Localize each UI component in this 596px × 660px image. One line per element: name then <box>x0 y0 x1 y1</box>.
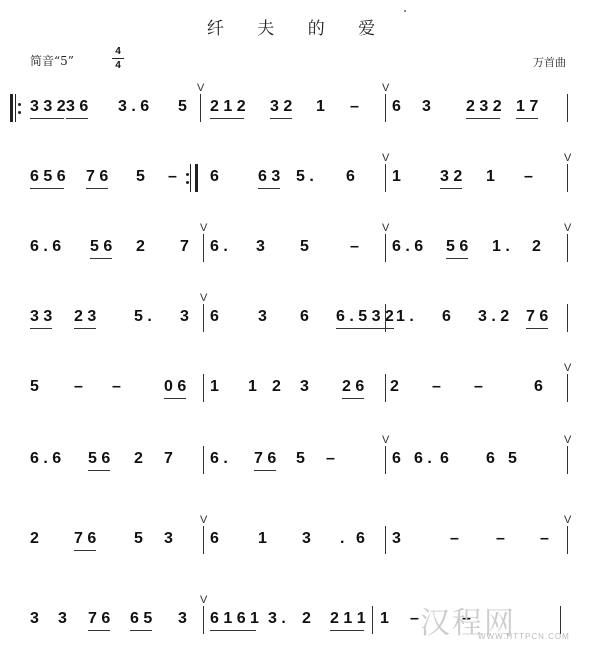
breath-mark-icon: V <box>564 362 571 374</box>
note-group: 3 <box>256 238 265 256</box>
note-group: 2 1 2 <box>210 98 246 116</box>
note-group: 5 <box>178 98 187 116</box>
note-group: 2 1 1 <box>330 610 366 628</box>
note-group: 6 <box>210 308 219 326</box>
dash-extension: – <box>350 98 359 116</box>
note-group: 6 <box>440 450 449 468</box>
note-group: 6 <box>210 530 219 548</box>
note-group: 5 6 <box>446 238 468 256</box>
note-group: 6 <box>392 98 401 116</box>
barline <box>385 94 386 122</box>
barline <box>203 526 204 554</box>
breath-mark-icon: V <box>564 434 571 446</box>
score-row: 6 5 67 65–66 35 .613 21–VV <box>0 158 596 198</box>
note-group: 3 2 <box>270 98 292 116</box>
key-signature: 简音“5” <box>30 52 74 69</box>
beam-underline <box>526 328 548 329</box>
note-group: 6 <box>534 378 543 396</box>
score-title: 纤 夫 的 爱 <box>0 14 596 39</box>
dash-extension: – <box>168 168 177 186</box>
score-row: 6 . 65 6276 .35–6 . 65 61 .2VVV <box>0 228 596 268</box>
note-group: . <box>340 530 344 548</box>
beam-underline <box>88 470 110 471</box>
breath-mark-icon: V <box>200 594 207 606</box>
dash-extension: – <box>524 168 533 186</box>
barline <box>385 234 386 262</box>
note-group: 1 7 <box>516 98 538 116</box>
score-row: 5––0 611232 62––6V <box>0 368 596 408</box>
beam-underline <box>90 258 112 259</box>
note-group: 5 6 <box>90 238 112 256</box>
note-group: 2 <box>532 238 541 256</box>
breath-mark-icon: V <box>564 152 571 164</box>
barline <box>203 374 204 402</box>
note-group: 2 6 <box>342 378 364 396</box>
note-group: 1 . <box>396 308 414 326</box>
barline <box>385 304 386 332</box>
breath-mark-icon: V <box>564 222 571 234</box>
beam-underline <box>516 118 538 119</box>
note-group: 7 6 <box>526 308 548 326</box>
note-group: 1 <box>380 610 389 628</box>
note-group: 3 <box>58 610 67 628</box>
beam-underline <box>446 258 468 259</box>
note-group: 5 6 <box>88 450 110 468</box>
note-group: 5 . <box>134 308 152 326</box>
note-group: 3 3 2 <box>30 98 66 116</box>
beam-underline <box>254 470 276 471</box>
note-group: 6 3 <box>258 168 280 186</box>
score-row: 3 32 35 .36366 . 5 3 21 .63 . 27 6V <box>0 298 596 338</box>
beam-underline <box>330 630 364 631</box>
barline <box>567 526 568 554</box>
barline <box>203 234 204 262</box>
note-group: 2 3 <box>74 308 96 326</box>
score-row: 6 . 65 6276 .7 65–66 .665VV <box>0 440 596 480</box>
beam-underline <box>130 630 152 631</box>
barline <box>385 374 386 402</box>
beam-underline <box>74 550 96 551</box>
time-signature: 4 4 <box>112 46 124 71</box>
note-group: 6 <box>300 308 309 326</box>
beam-underline <box>440 188 462 189</box>
breath-mark-icon: V <box>200 292 207 304</box>
note-group: 7 6 <box>254 450 276 468</box>
note-group: 5 . <box>296 168 314 186</box>
note-group: 3 <box>422 98 431 116</box>
dash-extension: – <box>432 378 441 396</box>
note-group: 6 . 6 <box>30 238 61 256</box>
note-group: 3 2 <box>440 168 462 186</box>
watermark-url: WWW.HTTPCN.COM <box>478 632 570 641</box>
beam-underline <box>342 398 364 399</box>
breath-mark-icon: V <box>200 222 207 234</box>
breath-mark-icon: V <box>382 222 389 234</box>
note-group: 6 . 6 <box>30 450 61 468</box>
score-row: 27 653613.63–––VV <box>0 520 596 560</box>
time-bottom: 4 <box>112 60 124 71</box>
note-group: 1 <box>210 378 219 396</box>
note-group: 5 <box>300 238 309 256</box>
note-group: 6 <box>392 450 401 468</box>
note-group: 7 6 <box>86 168 108 186</box>
breath-mark-icon: V <box>197 82 204 94</box>
note-group: 6 <box>486 450 495 468</box>
barline <box>385 446 386 474</box>
note-group: 3 <box>164 530 173 548</box>
note-group: 2 <box>390 378 399 396</box>
dash-extension: – <box>410 610 419 628</box>
note-group: 6 . <box>210 238 228 256</box>
dash-extension: – <box>326 450 335 468</box>
barline <box>200 94 201 122</box>
note-group: 3 6 <box>66 98 88 116</box>
barline <box>385 526 386 554</box>
barline <box>203 304 204 332</box>
beam-underline <box>270 118 292 119</box>
note-group: 6 <box>442 308 451 326</box>
dash-extension: – <box>112 378 121 396</box>
score-row: 3 3 23 63 . 652 1 23 21–632 3 21 7VV <box>0 88 596 128</box>
breath-mark-icon: V <box>564 514 571 526</box>
note-group: 3 . <box>268 610 286 628</box>
note-group: 1 <box>486 168 495 186</box>
time-divider <box>112 58 124 59</box>
barline <box>560 606 561 634</box>
barline <box>567 374 568 402</box>
note-group: 6 . <box>210 450 228 468</box>
dash-extension: – <box>350 238 359 256</box>
beam-underline <box>88 630 110 631</box>
composer: 万首曲 <box>533 54 566 70</box>
breath-mark-icon: V <box>382 434 389 446</box>
beam-underline <box>258 188 280 189</box>
note-group: 7 6 <box>74 530 96 548</box>
breath-mark-icon: V <box>382 152 389 164</box>
note-group: 6 <box>210 168 219 186</box>
barline <box>203 606 204 634</box>
note-group: 3 <box>300 378 309 396</box>
note-group: 6 . 6 <box>392 238 423 256</box>
note-group: 3 <box>178 610 187 628</box>
note-group: 1 <box>248 378 257 396</box>
note-group: 0 6 <box>164 378 186 396</box>
beam-underline <box>466 118 500 119</box>
repeat-start-icon <box>10 94 20 122</box>
dash-extension: – <box>450 530 459 548</box>
beam-underline <box>164 398 186 399</box>
note-group: 3 3 <box>30 308 52 326</box>
note-group: 1 <box>316 98 325 116</box>
note-group: 2 <box>272 378 281 396</box>
beam-underline <box>30 188 64 189</box>
beam-underline <box>66 118 88 119</box>
barline <box>567 446 568 474</box>
breath-mark-icon: V <box>382 82 389 94</box>
note-group: 2 <box>136 238 145 256</box>
dash-extension: – <box>496 530 505 548</box>
barline <box>372 606 373 634</box>
note-group: 5 <box>296 450 305 468</box>
repeat-end-icon <box>190 164 200 192</box>
note-group: 5 <box>136 168 145 186</box>
note-group: 7 6 <box>88 610 110 628</box>
note-group: 1 <box>392 168 401 186</box>
barline <box>567 234 568 262</box>
note-group: 6 5 6 <box>30 168 66 186</box>
note-group: 2 3 2 <box>466 98 502 116</box>
note-group: 5 <box>134 530 143 548</box>
note-group: 3 . 6 <box>118 98 149 116</box>
note-group: 6 5 <box>130 610 152 628</box>
note-group: 3 <box>30 610 39 628</box>
note-group: 2 <box>30 530 39 548</box>
barline <box>567 94 568 122</box>
note-group: 3 <box>258 308 267 326</box>
note-group: 1 . <box>492 238 510 256</box>
note-group: 3 <box>180 308 189 326</box>
beam-underline <box>86 188 108 189</box>
stray-mark <box>404 10 406 12</box>
beam-underline <box>210 118 244 119</box>
note-group: 7 <box>164 450 173 468</box>
dash-extension: – <box>474 378 483 396</box>
beam-underline <box>210 630 256 631</box>
barline <box>203 446 204 474</box>
note-group: 3 . 2 <box>478 308 509 326</box>
note-group: 2 <box>134 450 143 468</box>
note-group: 6 . <box>414 450 432 468</box>
note-group: 6 <box>346 168 355 186</box>
note-group: 3 <box>392 530 401 548</box>
barline <box>385 164 386 192</box>
beam-underline <box>74 328 96 329</box>
beam-underline <box>30 328 52 329</box>
beam-underline <box>30 118 64 119</box>
barline <box>567 304 568 332</box>
note-group: 3 <box>302 530 311 548</box>
note-group: 6 1 6 1 <box>210 610 259 628</box>
dash-extension: – <box>540 530 549 548</box>
note-group: 1 <box>258 530 267 548</box>
note-group: 6 <box>356 530 365 548</box>
note-group: 5 <box>30 378 39 396</box>
note-group: 2 <box>302 610 311 628</box>
barline <box>567 164 568 192</box>
note-group: 5 <box>508 450 517 468</box>
breath-mark-icon: V <box>200 514 207 526</box>
time-top: 4 <box>112 46 124 57</box>
note-group: 7 <box>180 238 189 256</box>
dash-extension: – <box>74 378 83 396</box>
